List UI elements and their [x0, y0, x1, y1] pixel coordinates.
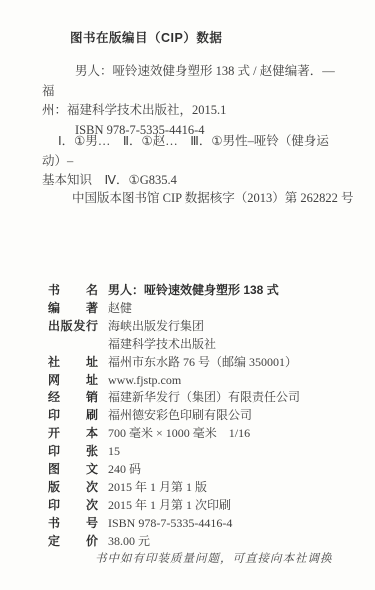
colophon-row-edition: 版次 2015 年 1 月第 1 版: [48, 479, 348, 497]
colophon-label: 编著: [48, 300, 98, 318]
colophon-value: www.fjstp.com: [108, 372, 181, 390]
colophon-label: 印刷: [48, 407, 98, 425]
colophon-row-address: 社址 福州市东水路 76 号（邮编 350001）: [48, 354, 348, 372]
publisher-line2: 福建科学技术出版社: [108, 336, 216, 354]
colophon-row-impression: 印次 2015 年 1 月第 1 次印刷: [48, 497, 348, 515]
cip-entry: 男人：哑铃速效健身塑形 138 式 / 赵健编著．—福 州：福建科学技术出版社，…: [42, 62, 342, 140]
colophon-value: 海峡出版发行集团 福建科学技术出版社: [108, 318, 216, 354]
colophon: 书名 男人：哑铃速效健身塑形 138 式 编著 赵健 出版发行 海峡出版发行集团…: [48, 282, 348, 569]
colophon-value: 15: [108, 443, 120, 461]
colophon-value: 男人：哑铃速效健身塑形 138 式: [108, 282, 279, 300]
colophon-label: 出版发行: [48, 318, 98, 354]
colophon-row-sheets: 印张 15: [48, 443, 348, 461]
colophon-row-price: 定价 38.00 元: [48, 533, 348, 551]
colophon-value: 38.00 元: [108, 533, 150, 551]
colophon-row-pages: 图文 240 码: [48, 461, 348, 479]
colophon-label: 印次: [48, 497, 98, 515]
colophon-label: 书号: [48, 515, 98, 533]
colophon-label: 印张: [48, 443, 98, 461]
quality-note: 书中如有印装质量问题，可直接向本社调换: [95, 551, 348, 569]
colophon-value: 240 码: [108, 461, 141, 479]
cip-record-number: 中国版本图书馆 CIP 数据核字（2013）第 262822 号: [72, 188, 354, 206]
colophon-label: 经销: [48, 389, 98, 407]
colophon-label: 定价: [48, 533, 98, 551]
cip-classification: Ⅰ．①男… Ⅱ．①赵… Ⅲ．①男性–哑铃（健身运动）– 基本知识 Ⅳ．①G835…: [42, 132, 347, 191]
colophon-label: 图文: [48, 461, 98, 479]
colophon-value: ISBN 978-7-5335-4416-4: [108, 515, 232, 533]
colophon-value: 福州德安彩色印刷有限公司: [108, 407, 252, 425]
colophon-row-isbn: 书号 ISBN 978-7-5335-4416-4: [48, 515, 348, 533]
cip-entry-line2: 州：福建科学技术出版社，2015.1: [42, 101, 342, 121]
colophon-value: 福建新华发行（集团）有限责任公司: [108, 389, 300, 407]
colophon-row-format: 开本 700 毫米 × 1000 毫米 1/16: [48, 425, 348, 443]
colophon-value: 2015 年 1 月第 1 次印刷: [108, 497, 231, 515]
colophon-row-website: 网址 www.fjstp.com: [48, 372, 348, 390]
colophon-label: 社址: [48, 354, 98, 372]
colophon-row-publisher: 出版发行 海峡出版发行集团 福建科学技术出版社: [48, 318, 348, 354]
cip-entry-line1: 男人：哑铃速效健身塑形 138 式 / 赵健编著．—福: [42, 62, 342, 101]
colophon-label: 版次: [48, 479, 98, 497]
cip-classification-line1: Ⅰ．①男… Ⅱ．①赵… Ⅲ．①男性–哑铃（健身运动）–: [42, 132, 347, 171]
colophon-value: 福州市东水路 76 号（邮编 350001）: [108, 354, 297, 372]
colophon-value: 赵健: [108, 300, 132, 318]
colophon-row-title: 书名 男人：哑铃速效健身塑形 138 式: [48, 282, 348, 300]
colophon-label: 开本: [48, 425, 98, 443]
colophon-value: 700 毫米 × 1000 毫米 1/16: [108, 425, 250, 443]
colophon-row-distributor: 经销 福建新华发行（集团）有限责任公司: [48, 389, 348, 407]
cip-data-heading: 图书在版编目（CIP）数据: [70, 28, 222, 46]
colophon-row-printer: 印刷 福州德安彩色印刷有限公司: [48, 407, 348, 425]
colophon-label: 网址: [48, 372, 98, 390]
colophon-label: 书名: [48, 282, 98, 300]
publisher-line1: 海峡出版发行集团: [108, 318, 216, 336]
colophon-value: 2015 年 1 月第 1 版: [108, 479, 207, 497]
colophon-row-author: 编著 赵健: [48, 300, 348, 318]
copyright-page: 图书在版编目（CIP）数据 男人：哑铃速效健身塑形 138 式 / 赵健编著．—…: [0, 0, 375, 590]
